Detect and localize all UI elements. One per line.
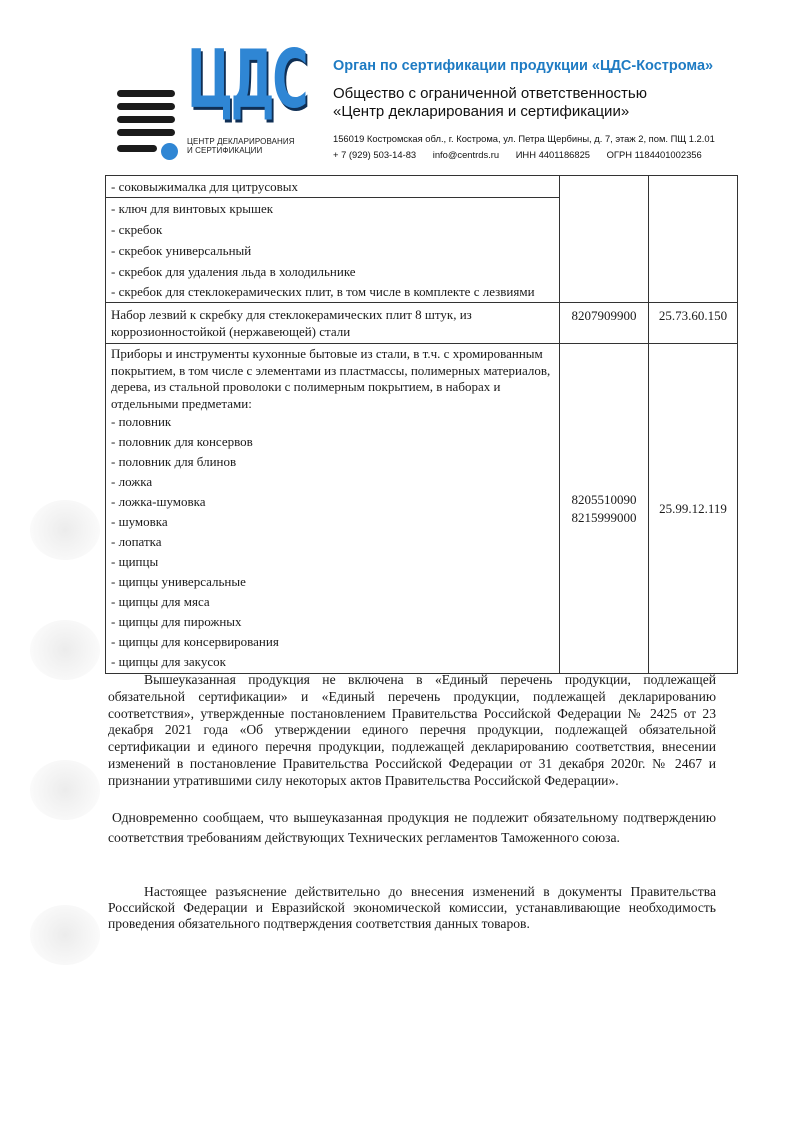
product-table: - соковыжималка для цитрусовых - ключ дл… [105, 175, 738, 674]
logo-subtitle: ЦЕНТР ДЕКЛАРИРОВАНИЯ И СЕРТИФИКАЦИИ [187, 137, 295, 155]
product-cell: - ключ для винтовых крышек - скребок - с… [106, 198, 560, 303]
inn: ИНН 4401186825 [516, 149, 590, 160]
product-cell: - соковыжималка для цитрусовых [106, 176, 560, 198]
organization-contacts: 156019 Костромская обл., г. Кострома, ул… [333, 131, 716, 163]
product-cell: Приборы и инструменты кухонные бытовые и… [106, 344, 560, 674]
email: info@centrds.ru [433, 149, 499, 160]
scan-smudge [30, 760, 100, 820]
logo-wordmark: ЦДС [187, 40, 306, 120]
logo-dot-icon [161, 143, 178, 160]
address: 156019 Костромская обл., г. Кострома, ул… [333, 131, 716, 147]
certification-body-title: Орган по сертификации продукции «ЦДС-Кос… [333, 58, 713, 74]
product-cell: Набор лезвий к скребку для стеклокерамич… [106, 303, 560, 344]
okpd2-cell [649, 176, 738, 303]
table-row: - соковыжималка для цитрусовых [106, 176, 738, 198]
company-logo: ЦДС ЦЕНТР ДЕКЛАРИРОВАНИЯ И СЕРТИФИКАЦИИ [112, 40, 312, 160]
ogrn: ОГРН 1184401002356 [607, 149, 702, 160]
organization-name: Общество с ограниченной ответственностью… [333, 85, 647, 121]
table-row: Набор лезвий к скребку для стеклокерамич… [106, 303, 738, 344]
logo-stripes-icon [117, 90, 178, 160]
tn-ved-cell: 8205510090 8215999000 [560, 344, 649, 674]
scan-smudge [30, 905, 100, 965]
paragraph-not-included: Вышеуказанная продукция не включена в «Е… [108, 672, 716, 790]
tn-ved-cell [560, 176, 649, 303]
table-row: Приборы и инструменты кухонные бытовые и… [106, 344, 738, 674]
okpd2-cell: 25.99.12.119 [649, 344, 738, 674]
scan-smudge [30, 620, 100, 680]
paragraph-validity: Настоящее разъяснение действительно до в… [108, 884, 716, 932]
scan-smudge [30, 500, 100, 560]
tn-ved-cell: 8207909900 [560, 303, 649, 344]
phone: + 7 (929) 503-14-83 [333, 149, 416, 160]
paragraph-not-subject: Одновременно сообщаем, что вышеуказанная… [108, 808, 716, 848]
okpd2-cell: 25.73.60.150 [649, 303, 738, 344]
